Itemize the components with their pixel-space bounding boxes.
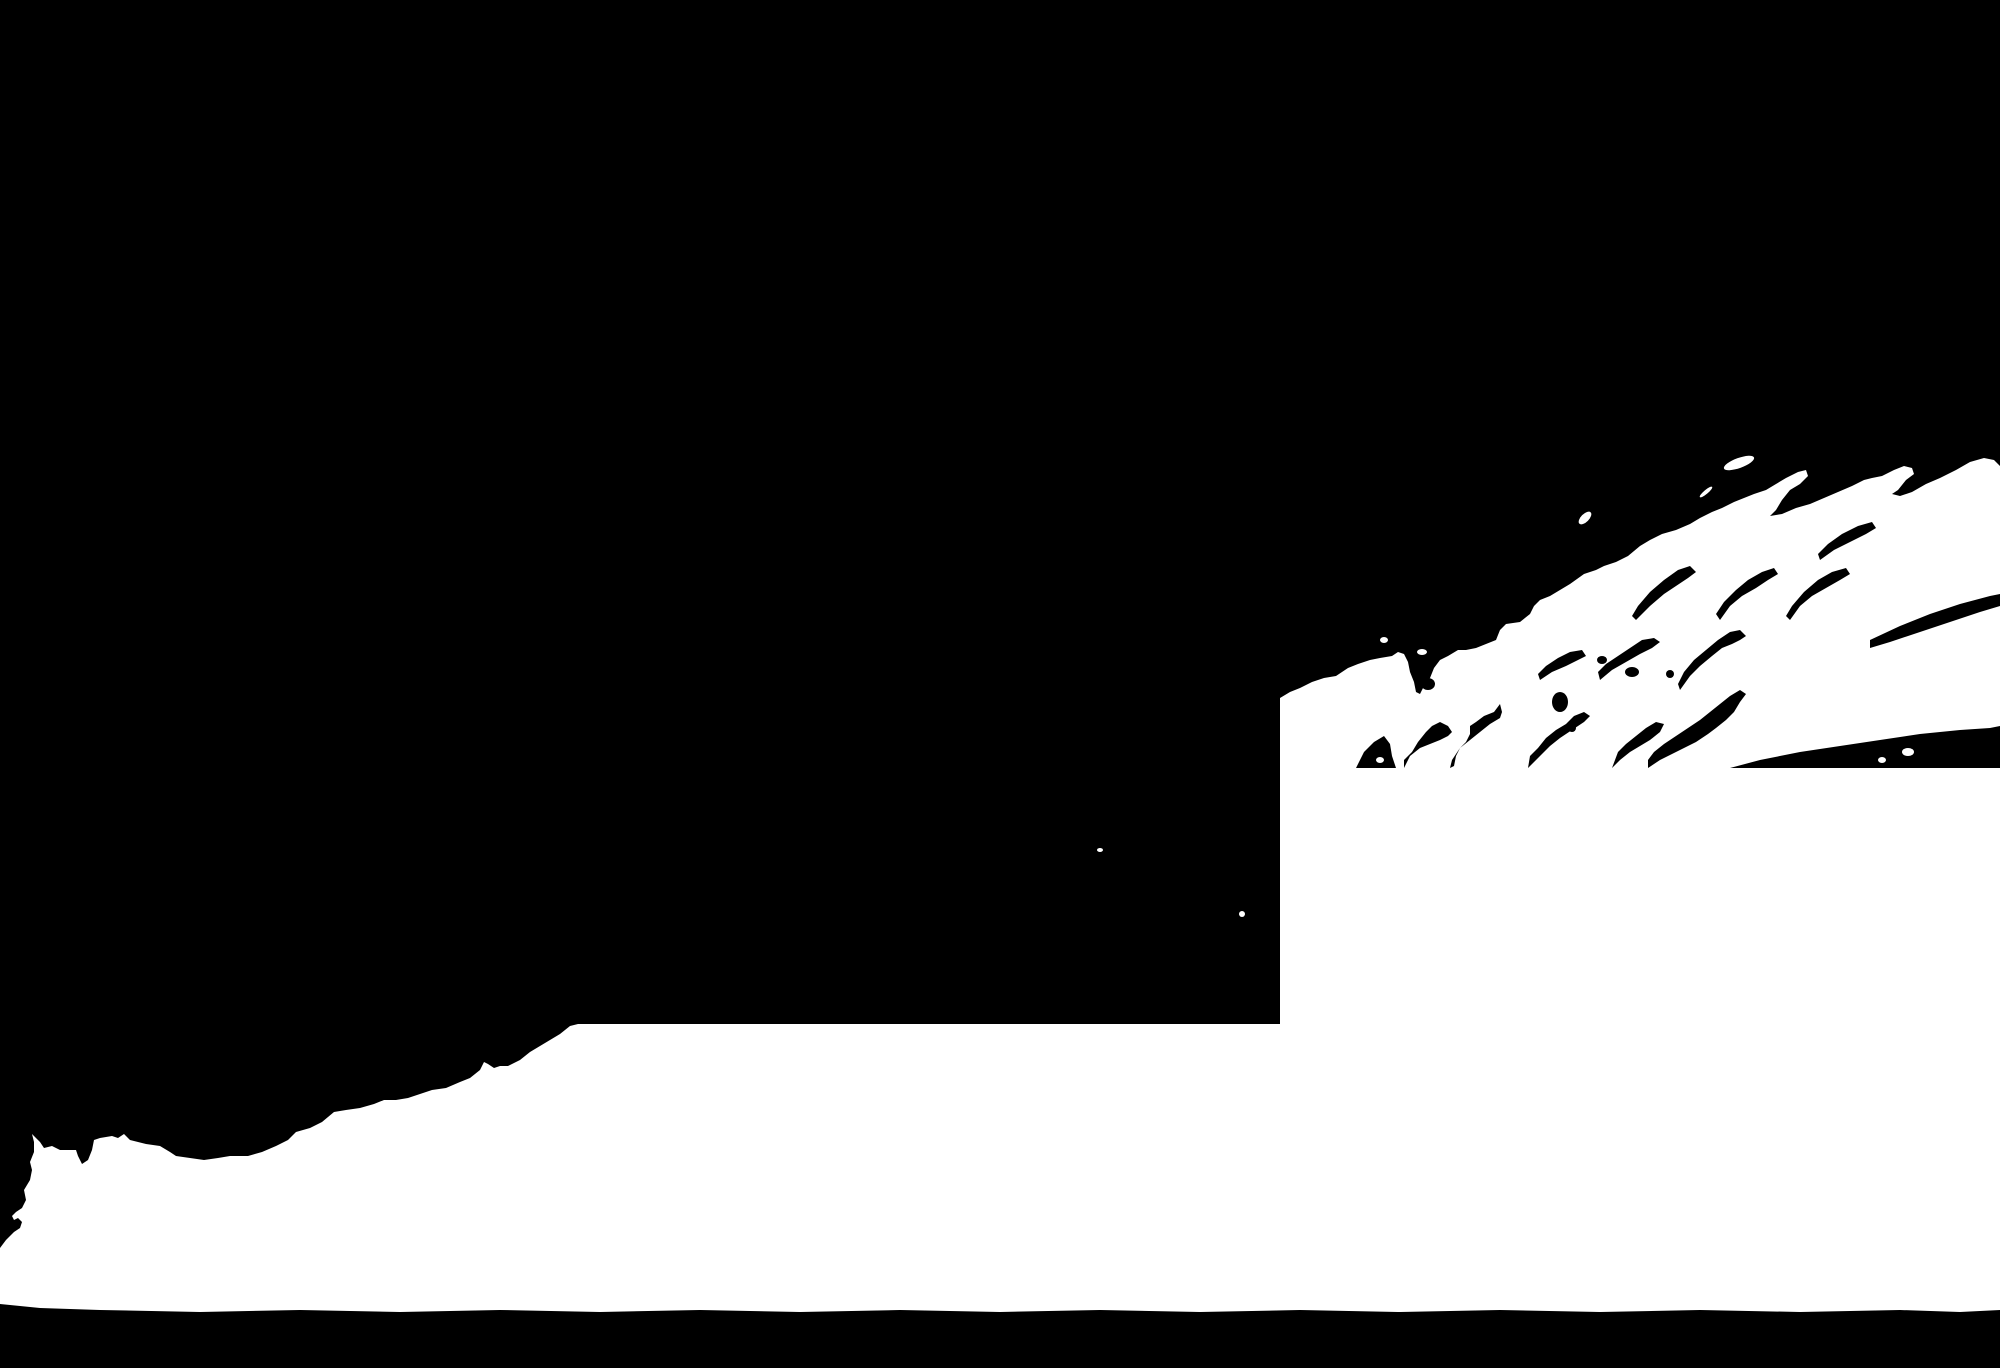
- fleck-4: [1417, 649, 1427, 655]
- hole-3: [1597, 656, 1607, 664]
- hole-1: [1421, 678, 1435, 690]
- fleck-5: [1380, 637, 1388, 643]
- segmentation-mask: [0, 0, 2000, 1368]
- hole-6: [1568, 724, 1576, 732]
- fleck-7: [1592, 777, 1600, 783]
- fleck-6: [1376, 757, 1384, 763]
- hole-5: [1666, 670, 1674, 678]
- fleck-11: [1902, 748, 1914, 756]
- fleck-10: [1097, 848, 1103, 852]
- hole-4: [1625, 667, 1639, 677]
- hole-2: [1552, 692, 1568, 712]
- fleck-8: [1281, 785, 1291, 793]
- fleck-9: [1239, 911, 1245, 917]
- fleck-12: [1878, 757, 1886, 763]
